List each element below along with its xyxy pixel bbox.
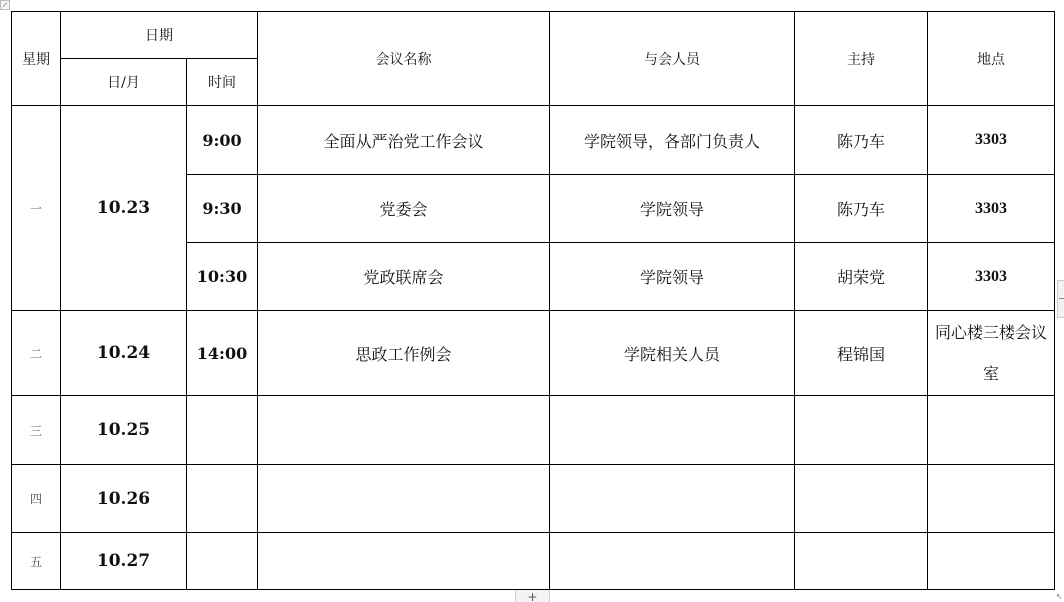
- add-row-button[interactable]: +: [515, 590, 550, 602]
- host-cell[interactable]: 程锦国: [795, 311, 928, 396]
- location-cell[interactable]: [928, 533, 1055, 590]
- location-cell[interactable]: 3303: [928, 175, 1055, 243]
- header-date-group: 日期: [61, 12, 258, 59]
- date-cell[interactable]: 10.27: [61, 533, 187, 590]
- weekday-cell[interactable]: 三: [12, 396, 61, 465]
- meeting-name-cell[interactable]: [258, 533, 550, 590]
- table-row: 一 10.23 9:00 全面从严治党工作会议 学院领导，各部门负责人 陈乃车 …: [12, 106, 1055, 175]
- header-day-month: 日/月: [61, 59, 187, 106]
- header-attendees: 与会人员: [550, 12, 795, 106]
- attendees-cell[interactable]: [550, 465, 795, 533]
- time-cell[interactable]: 14:00: [187, 311, 258, 396]
- location-cell[interactable]: 3303: [928, 106, 1055, 175]
- table-resize-icon[interactable]: ↖: [1056, 592, 1064, 602]
- weekday-cell[interactable]: 二: [12, 311, 61, 396]
- meeting-name-cell[interactable]: 党委会: [258, 175, 550, 243]
- time-cell[interactable]: 10:30: [187, 243, 258, 311]
- header-host: 主持: [795, 12, 928, 106]
- meeting-name-cell[interactable]: 党政联席会: [258, 243, 550, 311]
- location-cell[interactable]: 3303: [928, 243, 1055, 311]
- time-cell[interactable]: 9:30: [187, 175, 258, 243]
- host-cell[interactable]: 胡荣党: [795, 243, 928, 311]
- location-cell[interactable]: 同心楼三楼会议室: [928, 311, 1055, 396]
- attendees-cell[interactable]: [550, 533, 795, 590]
- table-row: 三 10.25: [12, 396, 1055, 465]
- table-row: 四 10.26: [12, 465, 1055, 533]
- host-cell[interactable]: 陈乃车: [795, 106, 928, 175]
- table-move-handle-icon[interactable]: ⤢: [0, 0, 10, 10]
- header-meeting-name: 会议名称: [258, 12, 550, 106]
- attendees-cell[interactable]: [550, 396, 795, 465]
- header-time: 时间: [187, 59, 258, 106]
- weekday-cell[interactable]: 五: [12, 533, 61, 590]
- attendees-cell[interactable]: 学院领导，各部门负责人: [550, 106, 795, 175]
- date-cell[interactable]: 10.24: [61, 311, 187, 396]
- time-cell[interactable]: [187, 396, 258, 465]
- weekday-cell[interactable]: 一: [12, 106, 61, 311]
- attendees-cell[interactable]: 学院相关人员: [550, 311, 795, 396]
- host-cell[interactable]: [795, 465, 928, 533]
- location-cell[interactable]: [928, 465, 1055, 533]
- meeting-name-cell[interactable]: [258, 396, 550, 465]
- meeting-schedule-table: 星期 日期 会议名称 与会人员 主持 地点 日/月 时间 一 10.23 9:0…: [11, 11, 1055, 590]
- host-cell[interactable]: [795, 533, 928, 590]
- weekday-cell[interactable]: 四: [12, 465, 61, 533]
- date-cell[interactable]: 10.23: [61, 106, 187, 311]
- meeting-name-cell[interactable]: [258, 465, 550, 533]
- location-cell[interactable]: [928, 396, 1055, 465]
- date-cell[interactable]: 10.26: [61, 465, 187, 533]
- table-row: 五 10.27: [12, 533, 1055, 590]
- header-location: 地点: [928, 12, 1055, 106]
- date-cell[interactable]: 10.25: [61, 396, 187, 465]
- time-cell[interactable]: [187, 533, 258, 590]
- host-cell[interactable]: 陈乃车: [795, 175, 928, 243]
- attendees-cell[interactable]: 学院领导: [550, 175, 795, 243]
- table-row: 二 10.24 14:00 思政工作例会 学院相关人员 程锦国 同心楼三楼会议室: [12, 311, 1055, 396]
- column-resize-handle[interactable]: [1057, 280, 1064, 318]
- header-weekday: 星期: [12, 12, 61, 106]
- time-cell[interactable]: 9:00: [187, 106, 258, 175]
- meeting-name-cell[interactable]: 全面从严治党工作会议: [258, 106, 550, 175]
- meeting-name-cell[interactable]: 思政工作例会: [258, 311, 550, 396]
- host-cell[interactable]: [795, 396, 928, 465]
- time-cell[interactable]: [187, 465, 258, 533]
- attendees-cell[interactable]: 学院领导: [550, 243, 795, 311]
